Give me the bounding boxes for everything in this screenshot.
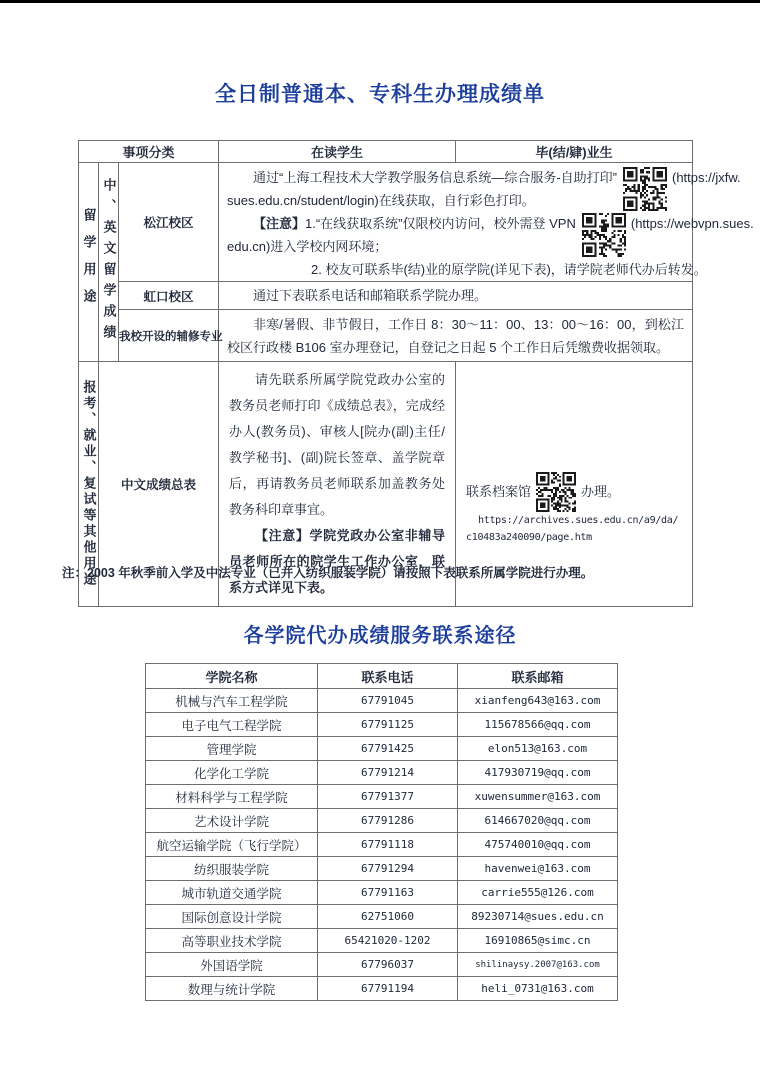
college-name-cell: 航空运输学院（飞行学院）	[146, 833, 318, 857]
email-cell: shilinaysy.2007@163.com	[458, 953, 618, 977]
contact-row: 外国语学院67796037shilinaysy.2007@163.com	[146, 953, 618, 977]
phone-cell: 65421020-1202	[318, 929, 458, 953]
transcript-methods-table: 事项分类 在读学生 毕(结/肄)业生 留学用途 中、英文留学成绩 松江校区 通过…	[78, 140, 693, 607]
college-name-cell: 数理与统计学院	[146, 977, 318, 1001]
email-cell: 115678566@qq.com	[458, 713, 618, 737]
score-type-label: 中、英文留学成绩	[100, 178, 118, 346]
other-purpose-label: 报考、就业、复试等其他用途	[80, 380, 98, 588]
songjiang-text-3: 1.“在线获取系统”仅限校内访问，校外需登 VPN	[305, 216, 576, 231]
college-name-cell: 材料科学与工程学院	[146, 785, 318, 809]
college-name-cell: 艺术设计学院	[146, 809, 318, 833]
row-minor-programs: 我校开设的辅修专业 非寒/暑假、非节假日，工作日 8：30～11：00、13：0…	[79, 310, 693, 362]
phone-cell: 62751060	[318, 905, 458, 929]
header-category: 事项分类	[79, 141, 219, 163]
email-cell: 16910865@simc.cn	[458, 929, 618, 953]
songjiang-line-2: sues.edu.cn/student/login)在线获取，自行彩色打印。	[227, 189, 684, 212]
minor-programs-label: 我校开设的辅修专业	[119, 310, 219, 362]
college-name-cell: 高等职业技术学院	[146, 929, 318, 953]
row-songjiang: 留学用途 中、英文留学成绩 松江校区 通过“上海工程技术大学教学服务信息系统—综…	[79, 163, 693, 282]
college-name-cell: 国际创意设计学院	[146, 905, 318, 929]
document-page: { "colors": { "title_blue": "#1c3e9c", "…	[0, 0, 760, 1079]
contact-row: 材料科学与工程学院67791377xuwensummer@163.com	[146, 785, 618, 809]
contact-row: 管理学院67791425elon513@163.com	[146, 737, 618, 761]
songjiang-url-1: (https://jxfw.	[672, 170, 741, 185]
archives-line: 联系档案馆办理。	[466, 481, 682, 504]
college-name-cell: 化学化工学院	[146, 761, 318, 785]
phone-cell: 67791194	[318, 977, 458, 1001]
study-abroad-purpose-label: 留学用途	[80, 208, 98, 316]
contact-row: 高等职业技术学院65421020-120216910865@simc.cn	[146, 929, 618, 953]
page-title: 全日制普通本、专科生办理成绩单	[0, 78, 760, 108]
contact-row: 航空运输学院（飞行学院）67791118475740010@qq.com	[146, 833, 618, 857]
email-cell: xianfeng643@163.com	[458, 689, 618, 713]
phone-cell: 67791163	[318, 881, 458, 905]
email-cell: 475740010@qq.com	[458, 833, 618, 857]
hongkou-instructions: 通过下表联系电话和邮箱联系学院办理。	[219, 282, 693, 310]
songjiang-line-5: 2. 校友可联系毕(结)业的原学院(详见下表)，请学院老师代办后转发。	[227, 258, 684, 281]
email-cell: 417930719@qq.com	[458, 761, 618, 785]
qr-code-archives-icon	[536, 472, 576, 512]
contacts-header-row: 学院名称 联系电话 联系邮箱	[146, 664, 618, 689]
email-cell: havenwei@163.com	[458, 857, 618, 881]
songjiang-text-1: 通过“上海工程技术大学教学服务信息系统—综合服务-自助打印”	[253, 170, 617, 185]
contact-row: 化学化工学院67791214417930719@qq.com	[146, 761, 618, 785]
hongkou-text: 通过下表联系电话和邮箱联系学院办理。	[227, 284, 684, 307]
phone-cell: 67791118	[318, 833, 458, 857]
songjiang-campus-label: 松江校区	[119, 163, 219, 282]
page-top-edge	[0, 0, 760, 3]
songjiang-url-3: (https://webvpn.sues.	[631, 216, 754, 231]
header-phone: 联系电话	[318, 664, 458, 689]
archives-text-post: 办理。	[581, 484, 620, 499]
footnote: 注：2003 年秋季前入学及中法专业（已并入纺织服装学院）请按照下表联系所属学院…	[62, 565, 722, 581]
contact-row: 国际创意设计学院6275106089230714@sues.edu.cn	[146, 905, 618, 929]
score-sheet-procedure-text: 请先联系所属学院党政办公室的教务员老师打印《成绩总表》，完成经办人(教务员)、审…	[229, 367, 445, 523]
email-cell: heli_0731@163.com	[458, 977, 618, 1001]
group-study-abroad-purpose: 留学用途	[79, 163, 99, 362]
score-sheet-notice-text: 【注意】学院党政办公室非辅导员老师所在的院学生工作办公室，联系方式详见下表。	[229, 523, 445, 601]
college-name-cell: 机械与汽车工程学院	[146, 689, 318, 713]
table-header-row: 事项分类 在读学生 毕(结/肄)业生	[79, 141, 693, 163]
college-contacts-table: 学院名称 联系电话 联系邮箱 机械与汽车工程学院67791045xianfeng…	[145, 663, 618, 1001]
archives-url: https://archives.sues.edu.cn/a9/da/c1048…	[466, 512, 682, 546]
phone-cell: 67791294	[318, 857, 458, 881]
college-name-cell: 外国语学院	[146, 953, 318, 977]
contact-row: 纺织服装学院67791294havenwei@163.com	[146, 857, 618, 881]
phone-cell: 67791214	[318, 761, 458, 785]
phone-cell: 67791425	[318, 737, 458, 761]
email-cell: xuwensummer@163.com	[458, 785, 618, 809]
contact-row: 电子电气工程学院67791125115678566@qq.com	[146, 713, 618, 737]
group-score-type: 中、英文留学成绩	[99, 163, 119, 362]
phone-cell: 67791286	[318, 809, 458, 833]
contact-row: 城市轨道交通学院67791163carrie555@126.com	[146, 881, 618, 905]
college-name-cell: 管理学院	[146, 737, 318, 761]
header-college-name: 学院名称	[146, 664, 318, 689]
songjiang-instructions: 通过“上海工程技术大学教学服务信息系统—综合服务-自助打印”(https://j…	[219, 163, 693, 282]
header-current-students: 在读学生	[219, 141, 456, 163]
songjiang-line-3: 【注意】1.“在线获取系统”仅限校内访问，校外需登 VPN(https://we…	[227, 212, 684, 235]
phone-cell: 67796037	[318, 953, 458, 977]
archives-block: 联系档案馆办理。 https://archives.sues.edu.cn/a9…	[456, 423, 692, 546]
songjiang-line-1: 通过“上海工程技术大学教学服务信息系统—综合服务-自助打印”(https://j…	[227, 166, 684, 189]
archives-text-pre: 联系档案馆	[466, 484, 531, 499]
contacts-table-title: 各学院代办成绩服务联系途径	[0, 619, 760, 648]
qr-code-webvpn-icon	[582, 212, 626, 258]
header-graduates: 毕(结/肄)业生	[456, 141, 693, 163]
row-hongkou: 虹口校区 通过下表联系电话和邮箱联系学院办理。	[79, 282, 693, 310]
header-email: 联系邮箱	[458, 664, 618, 689]
qr-code-jxfw-print-icon	[623, 166, 667, 212]
email-cell: carrie555@126.com	[458, 881, 618, 905]
college-name-cell: 纺织服装学院	[146, 857, 318, 881]
phone-cell: 67791045	[318, 689, 458, 713]
email-cell: 614667020@qq.com	[458, 809, 618, 833]
phone-cell: 67791125	[318, 713, 458, 737]
college-name-cell: 城市轨道交通学院	[146, 881, 318, 905]
email-cell: 89230714@sues.edu.cn	[458, 905, 618, 929]
minor-programs-instructions: 非寒/暑假、非节假日，工作日 8：30～11：00、13：00～16：00，到松…	[219, 310, 693, 362]
contact-row: 数理与统计学院67791194heli_0731@163.com	[146, 977, 618, 1001]
college-name-cell: 电子电气工程学院	[146, 713, 318, 737]
contact-row: 机械与汽车工程学院67791045xianfeng643@163.com	[146, 689, 618, 713]
contact-row: 艺术设计学院67791286614667020@qq.com	[146, 809, 618, 833]
notice-tag: 【注意】	[253, 216, 305, 231]
hongkou-campus-label: 虹口校区	[119, 282, 219, 310]
email-cell: elon513@163.com	[458, 737, 618, 761]
minor-programs-text: 非寒/暑假、非节假日，工作日 8：30～11：00、13：00～16：00，到松…	[227, 313, 684, 359]
phone-cell: 67791377	[318, 785, 458, 809]
